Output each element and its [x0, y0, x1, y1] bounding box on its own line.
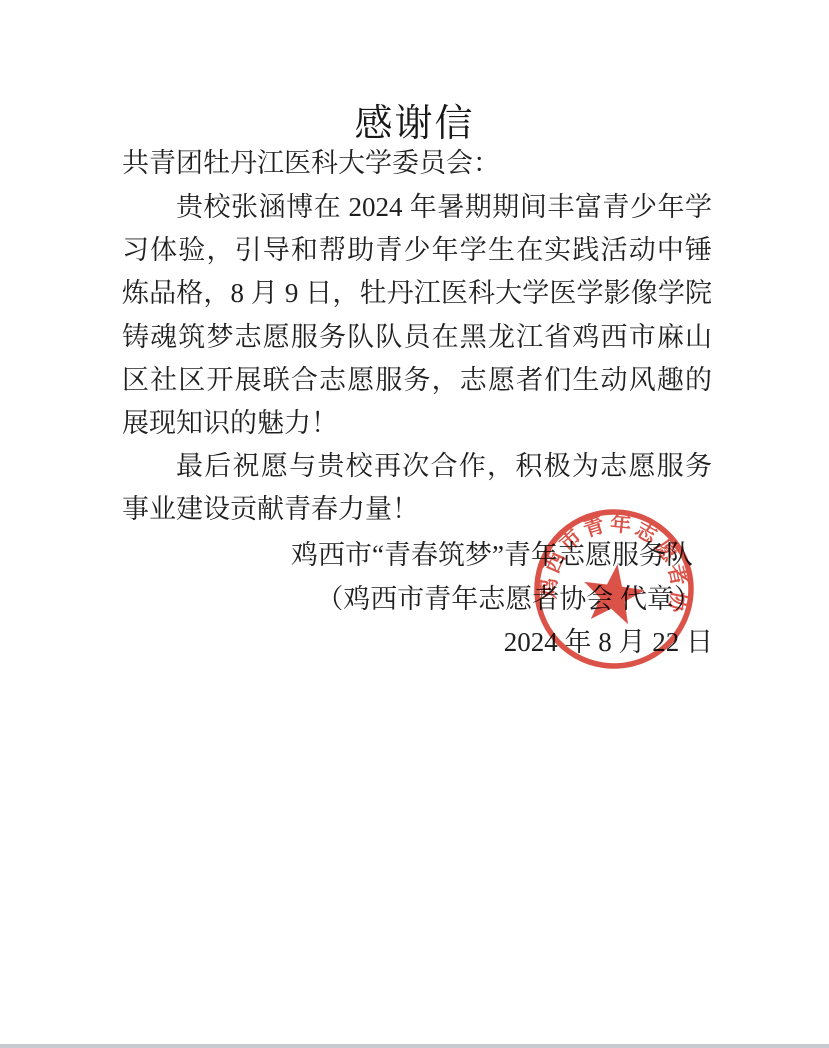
salutation-line: 共青团牡丹江医科大学委员会： — [122, 141, 500, 180]
body-paragraph-1: 贵校张涵博在 2024 年暑期期间丰富青少年学习体验，引导和帮助青少年学生在实践… — [122, 186, 712, 445]
signature-seal-note: （鸡西市青年志愿者协会 代章） — [0, 578, 829, 622]
scan-edge-shadow — [0, 1044, 829, 1048]
signature-block: 鸡西市“青春筑梦”青年志愿服务队 （鸡西市青年志愿者协会 代章） 2024 年 … — [0, 534, 829, 665]
signature-date: 2024 年 8 月 22 日 — [0, 621, 829, 665]
letter-body: 贵校张涵博在 2024 年暑期期间丰富青少年学习体验，引导和帮助青少年学生在实践… — [122, 186, 712, 532]
signature-organization: 鸡西市“青春筑梦”青年志愿服务队 — [0, 534, 829, 578]
letter-title: 感谢信 — [0, 92, 829, 147]
body-paragraph-2: 最后祝愿与贵校再次合作，积极为志愿服务事业建设贡献青春力量！ — [122, 445, 712, 531]
scanned-letter-page: 感谢信 共青团牡丹江医科大学委员会： 贵校张涵博在 2024 年暑期期间丰富青少… — [0, 0, 829, 1048]
